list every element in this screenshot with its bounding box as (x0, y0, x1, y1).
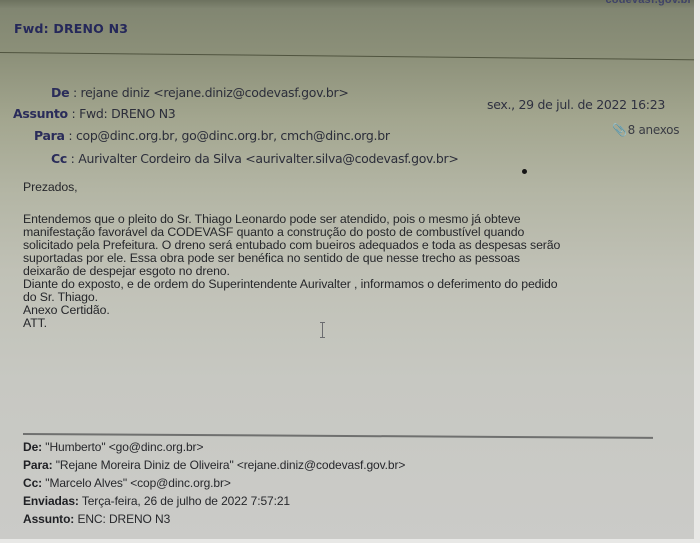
header-from-value[interactable]: rejane diniz <rejane.diniz@codevasf.gov.… (81, 85, 349, 100)
window-top-edge: codevasf.gov.br (0, 0, 700, 8)
header-cc-label: Cc (51, 151, 67, 166)
header-separator: : (69, 85, 80, 100)
fwd-sent-label: Enviadas: (23, 494, 79, 508)
header-cc: Cc : Aurivalter Cordeiro da Silva <auriv… (51, 151, 459, 166)
fwd-sent-value: Terça-feira, 26 de julho de 2022 7:57:21 (82, 494, 290, 508)
fwd-to-value: "Rejane Moreira Diniz de Oliveira" <reja… (56, 458, 405, 472)
fwd-to: Para: "Rejane Moreira Diniz de Oliveira"… (23, 458, 405, 472)
photo-border-bottom (0, 539, 700, 543)
header-separator: : (68, 106, 79, 121)
attachments-count: 8 anexos (628, 123, 680, 137)
fwd-cc: Cc: "Marcelo Alves" <cop@dinc.org.br> (23, 476, 231, 490)
fwd-subject: Assunto: ENC: DRENO N3 (23, 512, 170, 526)
header-from: De : rejane diniz <rejane.diniz@codevasf… (51, 85, 349, 100)
fwd-sent: Enviadas: Terça-feira, 26 de julho de 20… (23, 494, 290, 508)
fwd-cc-label: Cc: (23, 476, 42, 490)
header-separator: : (67, 151, 78, 166)
body-line: ATT. (23, 317, 663, 330)
dot-artifact (522, 169, 527, 174)
header-subject-value: Fwd: DRENO N3 (79, 106, 175, 121)
fwd-from-label: De: (23, 440, 42, 454)
body-line: Diante do exposto, e de ordem do Superin… (23, 278, 663, 291)
header-to-value[interactable]: cop@dinc.org.br, go@dinc.org.br, cmch@di… (76, 128, 390, 143)
body-greeting: Prezados, (23, 181, 77, 194)
body-line: do Sr. Thiago. (23, 291, 663, 304)
header-to: Para : cop@dinc.org.br, go@dinc.org.br, … (34, 128, 390, 143)
fwd-to-label: Para: (23, 458, 53, 472)
header-to-label: Para (34, 128, 65, 143)
message-subject-title: Fwd: DRENO N3 (14, 21, 128, 36)
paperclip-icon: 📎 (612, 123, 627, 137)
text-cursor-icon (322, 322, 323, 338)
top-edge-text: codevasf.gov.br (605, 0, 692, 6)
header-separator: : (65, 128, 76, 143)
message-body: Entendemos que o pleito do Sr. Thiago Le… (23, 213, 663, 330)
header-from-label: De (51, 85, 69, 100)
fwd-subject-label: Assunto: (23, 512, 74, 526)
header-cc-value[interactable]: Aurivalter Cordeiro da Silva <aurivalter… (78, 151, 458, 166)
header-subject: Assunto : Fwd: DRENO N3 (13, 106, 175, 121)
body-line: Anexo Certidão. (23, 304, 663, 317)
photo-border-right (694, 0, 700, 543)
fwd-from: De: "Humberto" <go@dinc.org.br> (23, 440, 203, 454)
header-divider (0, 52, 700, 60)
message-date: sex., 29 de jul. de 2022 16:23 (487, 97, 665, 112)
attachments-link[interactable]: 📎8 anexos (612, 123, 679, 137)
fwd-subject-value: ENC: DRENO N3 (77, 512, 170, 526)
forwarded-divider (23, 433, 653, 439)
header-subject-label: Assunto (13, 106, 68, 121)
fwd-cc-value: "Marcelo Alves" <cop@dinc.org.br> (45, 476, 231, 490)
fwd-from-value: "Humberto" <go@dinc.org.br> (45, 440, 203, 454)
